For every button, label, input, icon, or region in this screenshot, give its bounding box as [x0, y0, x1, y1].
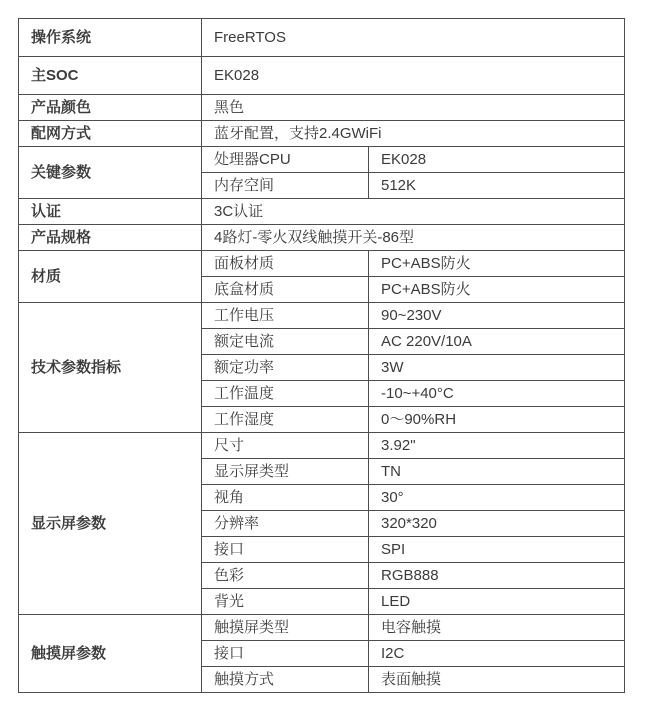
row-label: 显示屏参数	[19, 433, 202, 615]
row-product-spec: 产品规格 4路灯-零火双线触摸开关-86型	[19, 225, 625, 251]
row-label: 产品规格	[19, 225, 202, 251]
param-value: AC 220V/10A	[369, 329, 625, 355]
param-value: 512K	[369, 173, 625, 199]
row-label: 主SOC	[19, 57, 202, 95]
param-value: 3.92"	[369, 433, 625, 459]
param-name: 背光	[202, 589, 369, 615]
row-label: 材质	[19, 251, 202, 303]
param-name: 工作电压	[202, 303, 369, 329]
row-label: 认证	[19, 199, 202, 225]
param-value: 3W	[369, 355, 625, 381]
row-label: 关键参数	[19, 147, 202, 199]
row-display-params: 显示屏参数 尺寸 3.92"	[19, 433, 625, 459]
row-label: 配网方式	[19, 121, 202, 147]
row-key-params: 关键参数 处理器CPU EK028	[19, 147, 625, 173]
row-certification: 认证 3C认证	[19, 199, 625, 225]
param-name: 处理器CPU	[202, 147, 369, 173]
param-value: 30°	[369, 485, 625, 511]
param-name: 工作湿度	[202, 407, 369, 433]
param-value: 表面触摸	[369, 667, 625, 693]
param-name: 额定电流	[202, 329, 369, 355]
row-touch-params: 触摸屏参数 触摸屏类型 电容触摸	[19, 615, 625, 641]
param-value: 电容触摸	[369, 615, 625, 641]
param-name: 接口	[202, 537, 369, 563]
param-name: 工作温度	[202, 381, 369, 407]
row-label: 技术参数指标	[19, 303, 202, 433]
param-value: 90~230V	[369, 303, 625, 329]
row-tech-params: 技术参数指标 工作电压 90~230V	[19, 303, 625, 329]
param-name: 视角	[202, 485, 369, 511]
param-value: PC+ABS防火	[369, 251, 625, 277]
param-value: SPI	[369, 537, 625, 563]
product-spec-table: 操作系统 FreeRTOS 主SOC EK028 产品颜色 黑色 配网方式 蓝牙…	[18, 18, 625, 693]
row-main-soc: 主SOC EK028	[19, 57, 625, 95]
row-value: 3C认证	[202, 199, 625, 225]
row-label: 操作系统	[19, 19, 202, 57]
row-value: 蓝牙配置，支持2.4GWiFi	[202, 121, 625, 147]
row-label: 产品颜色	[19, 95, 202, 121]
param-name: 尺寸	[202, 433, 369, 459]
param-name: 分辨率	[202, 511, 369, 537]
param-name: 触摸屏类型	[202, 615, 369, 641]
row-value: 黑色	[202, 95, 625, 121]
param-value: TN	[369, 459, 625, 485]
param-value: RGB888	[369, 563, 625, 589]
param-value: EK028	[369, 147, 625, 173]
row-network-config: 配网方式 蓝牙配置，支持2.4GWiFi	[19, 121, 625, 147]
row-material: 材质 面板材质 PC+ABS防火	[19, 251, 625, 277]
row-os: 操作系统 FreeRTOS	[19, 19, 625, 57]
row-value: FreeRTOS	[202, 19, 625, 57]
param-value: 320*320	[369, 511, 625, 537]
row-label: 触摸屏参数	[19, 615, 202, 693]
param-name: 面板材质	[202, 251, 369, 277]
param-name: 底盒材质	[202, 277, 369, 303]
param-name: 接口	[202, 641, 369, 667]
param-name: 色彩	[202, 563, 369, 589]
param-value: I2C	[369, 641, 625, 667]
param-name: 额定功率	[202, 355, 369, 381]
param-value: LED	[369, 589, 625, 615]
param-value: -10~+40°C	[369, 381, 625, 407]
param-value: PC+ABS防火	[369, 277, 625, 303]
param-name: 触摸方式	[202, 667, 369, 693]
param-name: 显示屏类型	[202, 459, 369, 485]
product-spec-page: 操作系统 FreeRTOS 主SOC EK028 产品颜色 黑色 配网方式 蓝牙…	[0, 0, 646, 717]
row-product-color: 产品颜色 黑色	[19, 95, 625, 121]
param-value: 0～90%RH	[369, 407, 625, 433]
param-name: 内存空间	[202, 173, 369, 199]
row-value: 4路灯-零火双线触摸开关-86型	[202, 225, 625, 251]
row-value: EK028	[202, 57, 625, 95]
